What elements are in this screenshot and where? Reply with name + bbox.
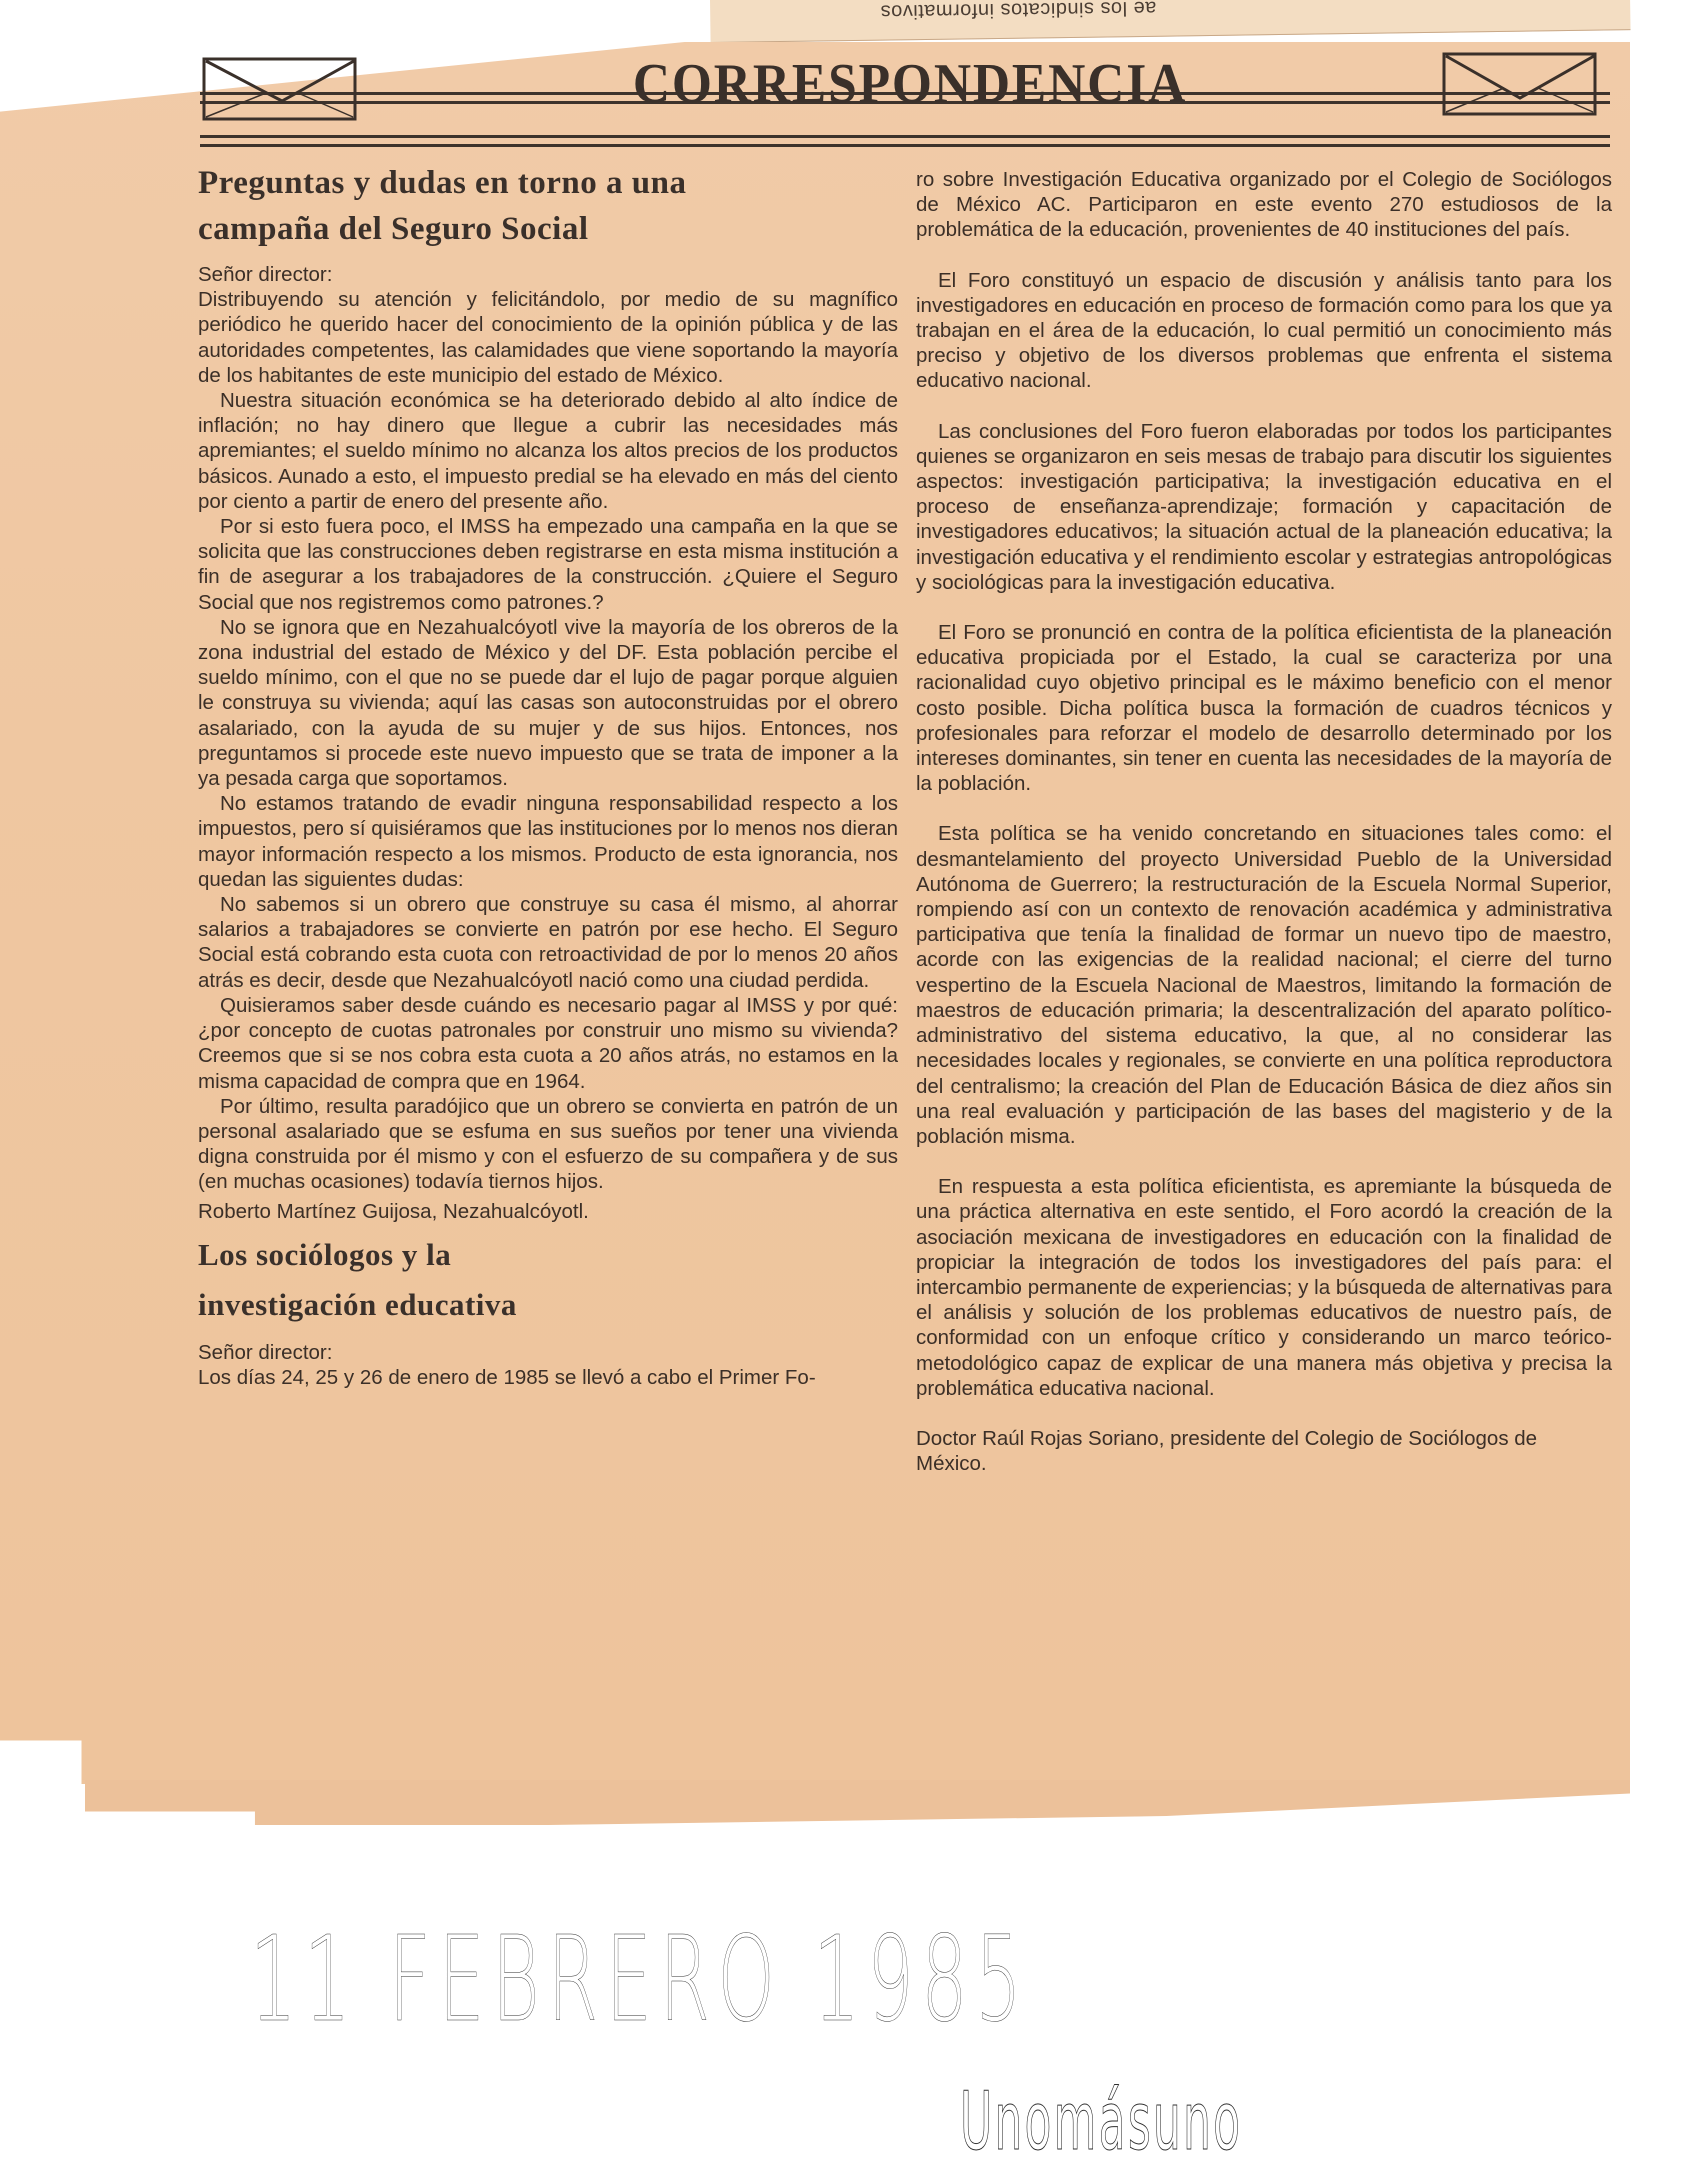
letter1-paragraph: No se ignora que en Nezahualcóyotl vive … xyxy=(198,615,898,791)
letter2-paragraph: Esta política se ha venido concretando e… xyxy=(916,821,1612,1149)
masthead-rule-bottom-1 xyxy=(200,135,1610,138)
letter1-paragraph: Nuestra situación económica se ha deteri… xyxy=(198,388,898,514)
letter2-paragraph: Las conclusiones del Foro fueron elabora… xyxy=(916,419,1612,595)
overlapping-clipping-strip: ae los sindicatos informativos xyxy=(710,0,1631,43)
letter1-headline: Preguntas y dudas en torno a una campaña… xyxy=(198,160,898,252)
handwritten-newspaper-name: Unomásuno xyxy=(960,2075,1242,2160)
letter1-paragraph: Quisieramos saber desde cuándo es necesa… xyxy=(198,993,898,1094)
letter1-signature: Roberto Martínez Guijosa, Nezahualcóyotl… xyxy=(198,1199,898,1224)
letter1-headline-line1: Preguntas y dudas en torno a una xyxy=(198,165,687,201)
letter1-headline-line2: campaña del Seguro Social xyxy=(198,211,589,247)
letter2-headline-line2: investigación educativa xyxy=(198,1287,517,1322)
letter2-opening-start: Los días 24, 25 y 26 de enero de 1985 se… xyxy=(198,1365,898,1390)
letter2-headline-line1: Los sociólogos y la xyxy=(198,1237,451,1272)
letter2-paragraph: El Foro se pronunció en contra de la pol… xyxy=(916,620,1612,796)
letter2-opening-continued: ro sobre Investigación Educativa organiz… xyxy=(916,167,1612,243)
letter2-paragraph: En respuesta a esta política eficientist… xyxy=(916,1174,1612,1401)
handwritten-date: 11 FEBRERO 1985 xyxy=(250,1910,1029,2048)
letter2-salutation: Señor director: xyxy=(198,1340,898,1365)
letter1-paragraph: No estamos tratando de evadir ninguna re… xyxy=(198,791,898,892)
section-title: CORRESPONDENCIA xyxy=(459,52,1361,116)
letter1-salutation: Señor director: xyxy=(198,262,898,287)
letter1-paragraph: Por último, resulta paradójico que un ob… xyxy=(198,1094,898,1195)
upside-down-text: ae los sindicatos informativos xyxy=(880,0,1157,23)
letter2-signature: Doctor Raúl Rojas Soriano, presidente de… xyxy=(916,1426,1612,1476)
paper-folded-edge xyxy=(85,1780,1630,1825)
letter2-paragraph: El Foro constituyó un espacio de discusi… xyxy=(916,268,1612,394)
envelope-icon xyxy=(202,57,357,121)
letter1-paragraph: Distribuyendo su atención y felicitándol… xyxy=(198,287,898,388)
letter1-paragraph: No sabemos si un obrero que construye su… xyxy=(198,892,898,993)
letter2-headline: Los sociólogos y la investigación educat… xyxy=(198,1230,898,1330)
masthead-rule-bottom-2 xyxy=(200,144,1610,147)
right-column: ro sobre Investigación Educativa organiz… xyxy=(916,167,1612,1476)
letter1-paragraph: Por si esto fuera poco, el IMSS ha empez… xyxy=(198,514,898,615)
envelope-icon xyxy=(1442,52,1597,116)
left-column: Preguntas y dudas en torno a una campaña… xyxy=(198,160,898,1390)
